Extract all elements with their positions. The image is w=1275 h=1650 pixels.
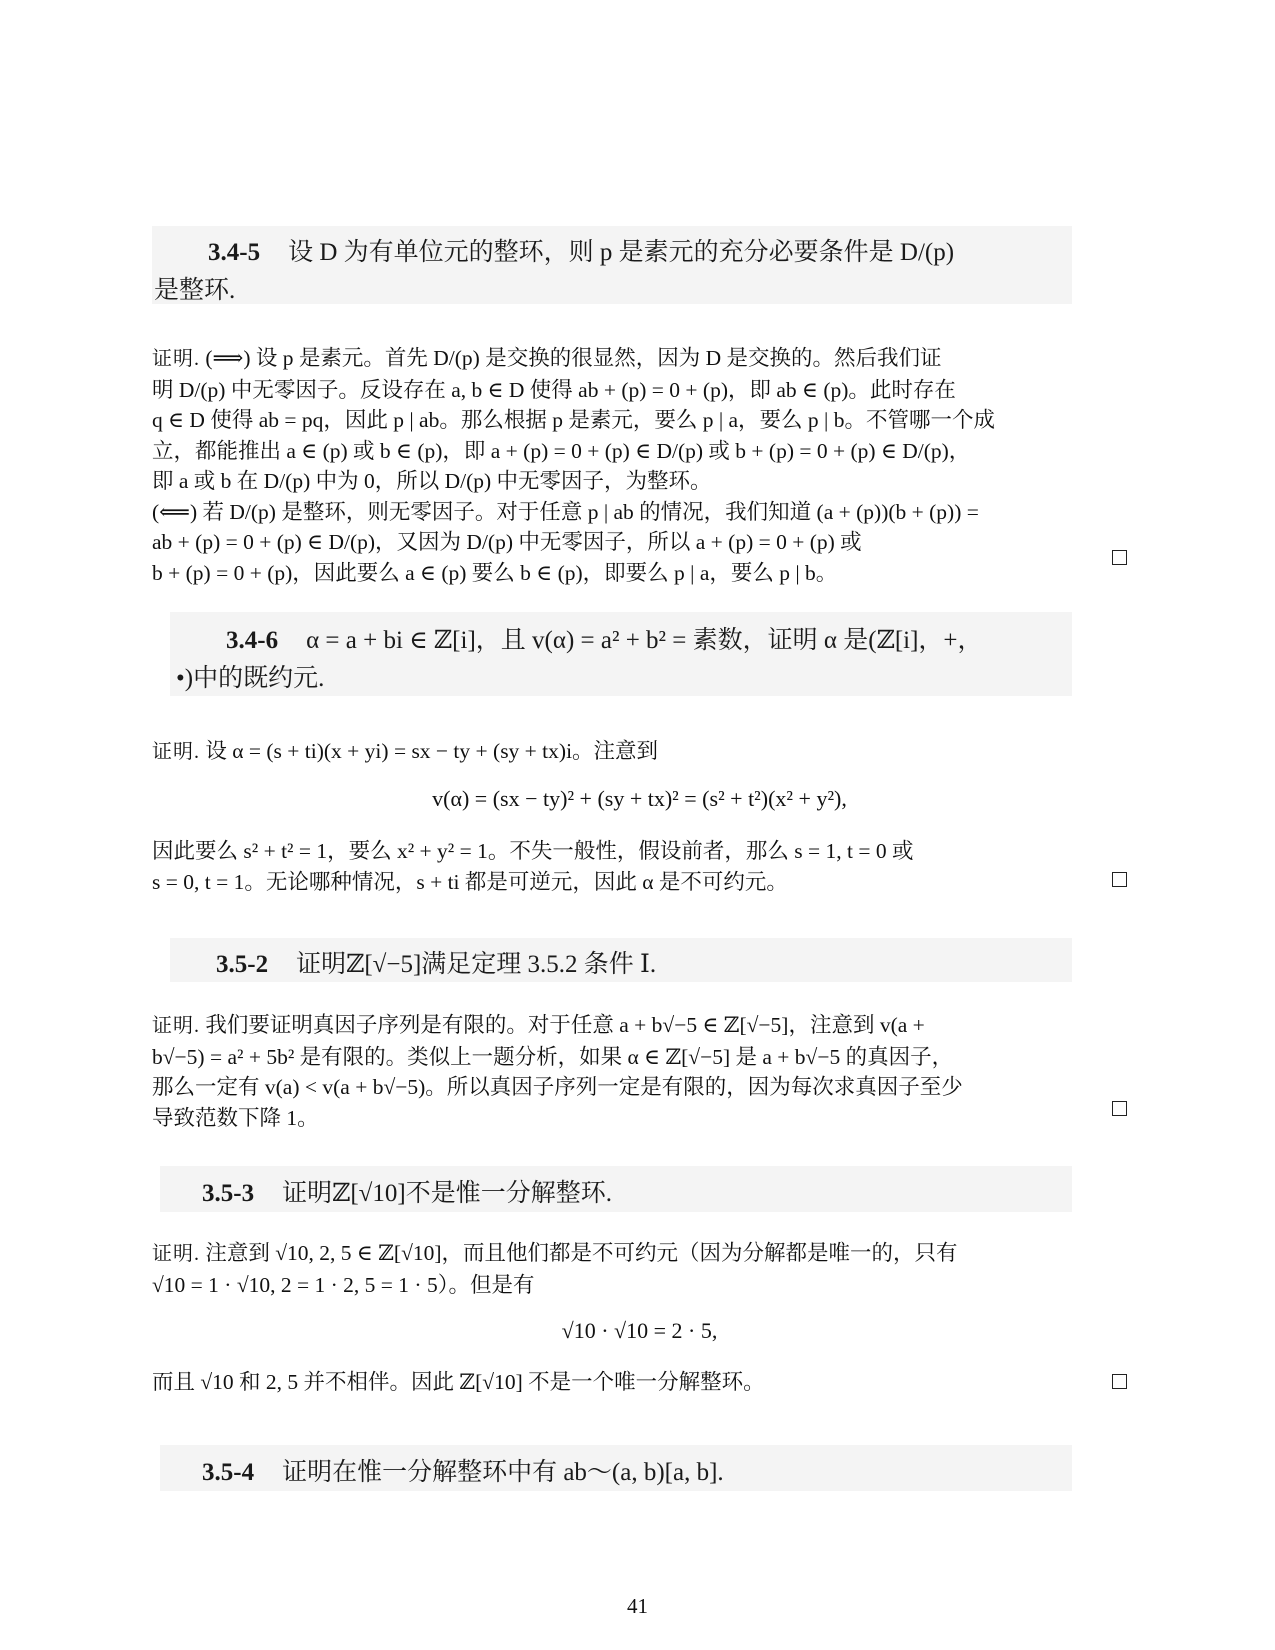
proof-line: 导致范数下降 1。 xyxy=(152,1103,1127,1134)
problem-number: 3.5-2 xyxy=(216,951,268,978)
proof-line: 因此要么 s² + t² = 1，要么 x² + y² = 1。不失一般性，假设… xyxy=(152,836,1127,867)
proof-line: b√−5) = a² + 5b² 是有限的。类似上一题分析，如果 α ∈ ℤ[√… xyxy=(152,1042,1127,1073)
problem-text-cont: 是整环. xyxy=(154,270,235,306)
proof-line: √10 = 1 · √10, 2 = 1 · 2, 5 = 1 · 5）。但是有 xyxy=(152,1270,1127,1301)
proof-line: s = 0, t = 1。无论哪种情况，s + ti 都是可逆元，因此 α 是不… xyxy=(152,867,1127,898)
problem-text: 证明ℤ[√−5]满足定理 3.5.2 条件 Ⅰ. xyxy=(296,951,656,978)
problem-text-cont: •)中的既约元. xyxy=(176,658,324,694)
proof-3-4-6-cont: 因此要么 s² + t² = 1，要么 x² + y² = 1。不失一般性，假设… xyxy=(152,836,1127,897)
proof-label: 证明. xyxy=(152,1243,200,1265)
problem-statement-3-5-3: 3.5-3证明ℤ[√10]不是惟一分解整环. xyxy=(160,1166,1072,1212)
qed-square-icon xyxy=(1112,872,1127,887)
proof-line: 那么一定有 v(a) < v(a + b√−5)。所以真因子序列一定是有限的，因… xyxy=(152,1072,1127,1103)
proof-line: 设 α = (s + ti)(x + yi) = sx − ty + (sy +… xyxy=(205,739,658,763)
qed-square-icon xyxy=(1112,1101,1127,1116)
problem-number: 3.4-6 xyxy=(226,627,278,654)
proof-line: 明 D/(p) 中无零因子。反设存在 a, b ∈ D 使得 ab + (p) … xyxy=(152,375,1127,406)
problem-statement-3-5-4: 3.5-4证明在惟一分解整环中有 ab～(a, b)[a, b]. xyxy=(160,1445,1072,1491)
proof-label: 证明. xyxy=(152,1015,200,1037)
problem-text: 证明ℤ[√10]不是惟一分解整环. xyxy=(282,1180,612,1207)
problem-number: 3.5-4 xyxy=(202,1459,254,1486)
proof-label: 证明. xyxy=(152,348,200,370)
page-number: 41 xyxy=(0,1594,1275,1619)
problem-text: 证明在惟一分解整环中有 ab～(a, b)[a, b]. xyxy=(282,1459,724,1486)
proof-line: 我们要证明真因子序列是有限的。对于任意 a + b√−5 ∈ ℤ[√−5]，注意… xyxy=(205,1013,924,1037)
display-equation: √10 · √10 = 2 · 5, xyxy=(152,1318,1127,1344)
problem-number: 3.4-5 xyxy=(208,239,260,266)
proof-line: (⟸) 若 D/(p) 是整环，则无零因子。对于任意 p | ab 的情况，我们… xyxy=(152,497,1127,528)
display-equation: v(α) = (sx − ty)² + (sy + tx)² = (s² + t… xyxy=(152,786,1127,812)
problem-statement-3-5-2: 3.5-2证明ℤ[√−5]满足定理 3.5.2 条件 Ⅰ. xyxy=(170,938,1072,982)
problem-text: 设 D 为有单位元的整环，则 p 是素元的充分必要条件是 D/(p) xyxy=(288,239,954,266)
proof-label: 证明. xyxy=(152,741,200,763)
problem-statement-3-4-5: 3.4-5设 D 为有单位元的整环，则 p 是素元的充分必要条件是 D/(p) … xyxy=(152,226,1072,304)
proof-line: 立，都能推出 a ∈ (p) 或 b ∈ (p)，即 a + (p) = 0 +… xyxy=(152,436,1127,467)
proof-line: b + (p) = 0 + (p)，因此要么 a ∈ (p) 要么 b ∈ (p… xyxy=(152,558,1127,589)
qed-square-icon xyxy=(1112,1374,1127,1389)
qed-square-icon xyxy=(1112,550,1127,565)
proof-3-4-6: 证明. 设 α = (s + ti)(x + yi) = sx − ty + (… xyxy=(152,736,1127,768)
problem-text: α = a + bi ∈ ℤ[i]，且 v(α) = a² + b² = 素数，… xyxy=(306,627,982,654)
problem-number: 3.5-3 xyxy=(202,1180,254,1207)
proof-line: 注意到 √10, 2, 5 ∈ ℤ[√10]，而且他们都是不可约元（因为分解都是… xyxy=(205,1241,957,1265)
proof-line: q ∈ D 使得 ab = pq，因此 p | ab。那么根据 p 是素元，要么… xyxy=(152,405,1127,436)
proof-3-5-2: 证明. 我们要证明真因子序列是有限的。对于任意 a + b√−5 ∈ ℤ[√−5… xyxy=(152,1010,1127,1133)
proof-line: 即 a 或 b 在 D/(p) 中为 0，所以 D/(p) 中无零因子，为整环。 xyxy=(152,466,1127,497)
proof-3-5-3: 证明. 注意到 √10, 2, 5 ∈ ℤ[√10]，而且他们都是不可约元（因为… xyxy=(152,1238,1127,1300)
proof-line: ab + (p) = 0 + (p) ∈ D/(p)，又因为 D/(p) 中无零… xyxy=(152,527,1127,558)
proof-3-4-5: 证明. (⟹) 设 p 是素元。首先 D/(p) 是交换的很显然，因为 D 是交… xyxy=(152,343,1127,588)
proof-3-5-3-cont: 而且 √10 和 2, 5 并不相伴。因此 ℤ[√10] 不是一个唯一分解整环。 xyxy=(152,1367,1127,1398)
proof-line: 而且 √10 和 2, 5 并不相伴。因此 ℤ[√10] 不是一个唯一分解整环。 xyxy=(152,1367,1127,1398)
proof-line: (⟹) 设 p 是素元。首先 D/(p) 是交换的很显然，因为 D 是交换的。然… xyxy=(205,346,941,370)
problem-statement-3-4-6: 3.4-6α = a + bi ∈ ℤ[i]，且 v(α) = a² + b² … xyxy=(170,612,1072,696)
